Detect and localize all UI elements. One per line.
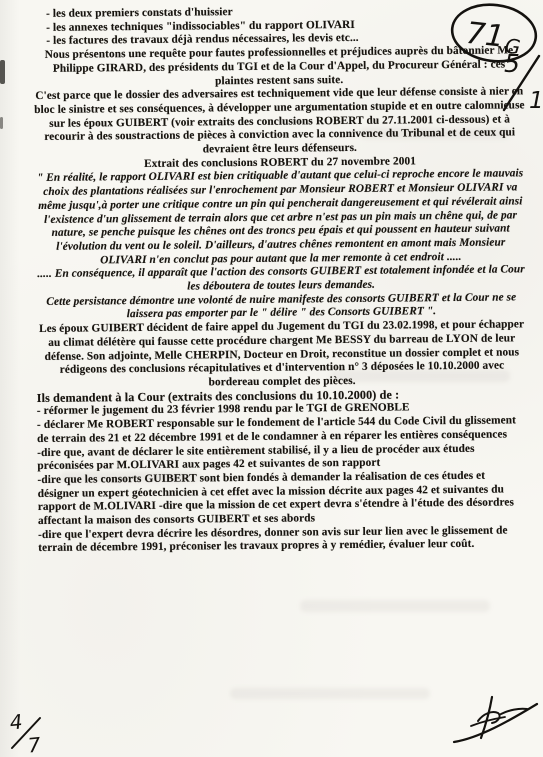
page-fraction-denominator: 7 <box>27 732 42 757</box>
corner-fraction-numerator: 5 <box>504 49 520 78</box>
handwritten-page-number: 4 7 <box>8 710 52 756</box>
demands-list: - réformer le jugement du 23 février 199… <box>37 401 529 556</box>
paragraph-dossier: C'est parce que le dossier des adversair… <box>34 86 526 159</box>
scanned-document-page: - les deux premiers constats d'huissier … <box>0 0 543 757</box>
corner-fraction-denominator: 1 <box>529 88 543 114</box>
signature-stroke-icon <box>478 712 500 723</box>
scan-edge-smudge <box>0 117 3 129</box>
demand-item: -dire que les consorts GUIBERT sont bien… <box>37 469 529 529</box>
demand-item: -dire que l'expert devra décrire les dés… <box>38 524 529 556</box>
demand-item: - déclarer Me ROBERT responsable sur le … <box>37 414 528 446</box>
scan-edge-smudge <box>0 60 5 84</box>
signature <box>451 690 541 748</box>
stamp-number: 71 <box>464 16 506 55</box>
showthrough-mark <box>230 688 430 699</box>
extract-paragraph: " En réalité, le rapport OLIVARI est bie… <box>35 168 527 269</box>
handwritten-corner-fraction: 5 1 <box>503 50 543 114</box>
showthrough-mark <box>300 600 490 612</box>
page-fraction-numerator: 4 <box>9 709 24 734</box>
document-content: - les deux premiers constats d'huissier … <box>33 3 529 556</box>
paragraph-appel: Les époux GUIBERT décident de faire appe… <box>36 318 528 391</box>
extract-robert: " En réalité, le rapport OLIVARI est bie… <box>35 168 527 323</box>
